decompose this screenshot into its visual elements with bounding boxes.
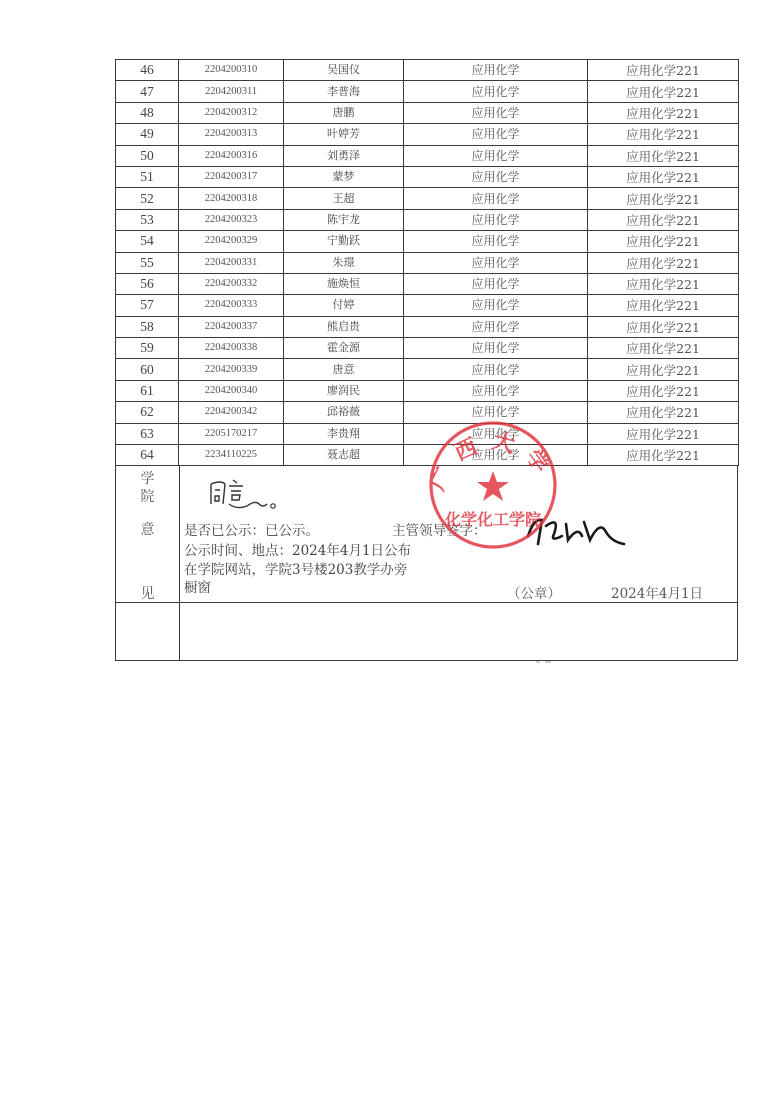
- scan-artifact: [535, 659, 557, 665]
- row-number: 60: [116, 359, 179, 380]
- student-id-cell: 2204200333: [179, 295, 284, 316]
- publicized-status: 是否已公示：已公示。: [184, 519, 319, 539]
- row-number: 63: [116, 423, 179, 444]
- table-row: 512204200317蒙梦应用化学应用化学221: [116, 166, 739, 187]
- student-id-cell: 2204200342: [179, 402, 284, 423]
- student-id-cell: 2204200316: [179, 145, 284, 166]
- student-id-cell: 2204200337: [179, 316, 284, 337]
- row-number: 53: [116, 209, 179, 230]
- row-number: 64: [116, 445, 179, 466]
- table-row: 562204200332施焕恒应用化学应用化学221: [116, 273, 739, 294]
- major-cell: 应用化学: [404, 209, 588, 230]
- class-cell: 应用化学221: [588, 252, 739, 273]
- table-row: 632205170217李贵翔应用化学应用化学221: [116, 423, 739, 444]
- class-cell: 应用化学221: [588, 445, 739, 466]
- student-name-cell: 叶婷芳: [284, 124, 404, 145]
- student-name-cell: 蒙梦: [284, 166, 404, 187]
- student-id-cell: 2205170217: [179, 423, 284, 444]
- opinion-label-column: 学 院 意 见: [116, 466, 180, 602]
- student-id-cell: 2204200332: [179, 273, 284, 294]
- student-id-cell: 2204200338: [179, 338, 284, 359]
- opinion-label-char: 学: [116, 468, 179, 488]
- opinion-label-char: 院: [116, 486, 179, 506]
- student-name-cell: 宁勤跃: [284, 231, 404, 252]
- major-cell: 应用化学: [404, 145, 588, 166]
- publicity-detail: 公示时间、地点：2024年4月1日公布在学院网站，学院3号楼203教学办旁橱窗: [184, 542, 414, 598]
- major-cell: 应用化学: [404, 188, 588, 209]
- row-number: 57: [116, 295, 179, 316]
- student-id-cell: 2204200329: [179, 231, 284, 252]
- major-cell: 应用化学: [404, 252, 588, 273]
- blank-row: [115, 603, 738, 661]
- table-row: 572204200333付婷应用化学应用化学221: [116, 295, 739, 316]
- student-name-cell: 刘勇泽: [284, 145, 404, 166]
- class-cell: 应用化学221: [588, 166, 739, 187]
- table-row: 492204200313叶婷芳应用化学应用化学221: [116, 124, 739, 145]
- table-row: 602204200339唐意应用化学应用化学221: [116, 359, 739, 380]
- opinion-content: 同意。 是否已公示：已公示。 公示时间、地点：2024年4月1日公布在学院网站，…: [180, 466, 737, 602]
- major-cell: 应用化学: [404, 316, 588, 337]
- student-name-cell: 唐意: [284, 359, 404, 380]
- leader-signature-label: 主管领导签字：: [392, 519, 487, 539]
- table-row: 592204200338霍金源应用化学应用化学221: [116, 338, 739, 359]
- class-cell: 应用化学221: [588, 316, 739, 337]
- college-opinion-section: 学 院 意 见 同意。 是否已公示：已公示。 公示时间、地点：2024年4月1日…: [115, 466, 738, 603]
- row-number: 46: [116, 60, 179, 81]
- class-cell: 应用化学221: [588, 209, 739, 230]
- table-row: 622204200342邱裕薇应用化学应用化学221: [116, 402, 739, 423]
- class-cell: 应用化学221: [588, 380, 739, 401]
- student-name-cell: 朱璟: [284, 252, 404, 273]
- row-number: 62: [116, 402, 179, 423]
- row-number: 48: [116, 102, 179, 123]
- major-cell: 应用化学: [404, 124, 588, 145]
- class-cell: 应用化学221: [588, 188, 739, 209]
- student-name-cell: 付婷: [284, 295, 404, 316]
- table-row: 522204200318王超应用化学应用化学221: [116, 188, 739, 209]
- blank-label-column: [116, 603, 180, 660]
- class-cell: 应用化学221: [588, 359, 739, 380]
- row-number: 47: [116, 81, 179, 102]
- student-roster-table: 462204200310吴国仪应用化学应用化学221472204200311李普…: [115, 59, 739, 466]
- student-name-cell: 陈宇龙: [284, 209, 404, 230]
- class-cell: 应用化学221: [588, 60, 739, 81]
- student-name-cell: 熊启贵: [284, 316, 404, 337]
- student-name-cell: 李普海: [284, 81, 404, 102]
- student-id-cell: 2204200331: [179, 252, 284, 273]
- row-number: 49: [116, 124, 179, 145]
- row-number: 59: [116, 338, 179, 359]
- table-row: 582204200337熊启贵应用化学应用化学221: [116, 316, 739, 337]
- table-row: 542204200329宁勤跃应用化学应用化学221: [116, 231, 739, 252]
- opinion-label-char: 见: [116, 583, 179, 603]
- major-cell: 应用化学: [404, 166, 588, 187]
- table-row: 612204200340廖润民应用化学应用化学221: [116, 380, 739, 401]
- row-number: 58: [116, 316, 179, 337]
- table-row: 472204200311李普海应用化学应用化学221: [116, 81, 739, 102]
- approval-date: 2024年4月1日: [611, 582, 703, 602]
- row-number: 61: [116, 380, 179, 401]
- student-id-cell: 2204200339: [179, 359, 284, 380]
- class-cell: 应用化学221: [588, 273, 739, 294]
- major-cell: 应用化学: [404, 402, 588, 423]
- row-number: 52: [116, 188, 179, 209]
- student-name-cell: 李贵翔: [284, 423, 404, 444]
- table-row: 482204200312唐鹏应用化学应用化学221: [116, 102, 739, 123]
- row-number: 55: [116, 252, 179, 273]
- class-cell: 应用化学221: [588, 145, 739, 166]
- major-cell: 应用化学: [404, 81, 588, 102]
- row-number: 51: [116, 166, 179, 187]
- class-cell: 应用化学221: [588, 124, 739, 145]
- handwritten-approval: 同意。: [207, 474, 287, 514]
- major-cell: 应用化学: [404, 102, 588, 123]
- table-row: 502204200316刘勇泽应用化学应用化学221: [116, 145, 739, 166]
- major-cell: 应用化学: [404, 423, 588, 444]
- row-number: 50: [116, 145, 179, 166]
- student-name-cell: 吴国仪: [284, 60, 404, 81]
- row-number: 54: [116, 231, 179, 252]
- student-id-cell: 2204200310: [179, 60, 284, 81]
- student-name-cell: 施焕恒: [284, 273, 404, 294]
- major-cell: 应用化学: [404, 445, 588, 466]
- student-name-cell: 邱裕薇: [284, 402, 404, 423]
- student-id-cell: 2204200313: [179, 124, 284, 145]
- major-cell: 应用化学: [404, 359, 588, 380]
- student-name-cell: 廖润民: [284, 380, 404, 401]
- student-id-cell: 2204200312: [179, 102, 284, 123]
- class-cell: 应用化学221: [588, 338, 739, 359]
- table-row: 552204200331朱璟应用化学应用化学221: [116, 252, 739, 273]
- opinion-label-char: 意: [116, 519, 179, 539]
- student-name-cell: 聂志超: [284, 445, 404, 466]
- class-cell: 应用化学221: [588, 231, 739, 252]
- row-number: 56: [116, 273, 179, 294]
- major-cell: 应用化学: [404, 295, 588, 316]
- student-id-cell: 2234110225: [179, 445, 284, 466]
- table-row: 532204200323陈宇龙应用化学应用化学221: [116, 209, 739, 230]
- document-sheet: 462204200310吴国仪应用化学应用化学221472204200311李普…: [115, 59, 738, 661]
- student-name-cell: 霍金源: [284, 338, 404, 359]
- major-cell: 应用化学: [404, 60, 588, 81]
- class-cell: 应用化学221: [588, 402, 739, 423]
- official-seal-label: （公章）: [507, 582, 561, 602]
- student-name-cell: 王超: [284, 188, 404, 209]
- student-id-cell: 2204200311: [179, 81, 284, 102]
- leader-signature: [520, 506, 640, 554]
- major-cell: 应用化学: [404, 273, 588, 294]
- class-cell: 应用化学221: [588, 423, 739, 444]
- major-cell: 应用化学: [404, 231, 588, 252]
- class-cell: 应用化学221: [588, 102, 739, 123]
- class-cell: 应用化学221: [588, 81, 739, 102]
- student-id-cell: 2204200317: [179, 166, 284, 187]
- major-cell: 应用化学: [404, 338, 588, 359]
- table-row: 642234110225聂志超应用化学应用化学221: [116, 445, 739, 466]
- class-cell: 应用化学221: [588, 295, 739, 316]
- student-id-cell: 2204200318: [179, 188, 284, 209]
- student-id-cell: 2204200340: [179, 380, 284, 401]
- student-name-cell: 唐鹏: [284, 102, 404, 123]
- table-row: 462204200310吴国仪应用化学应用化学221: [116, 60, 739, 81]
- student-id-cell: 2204200323: [179, 209, 284, 230]
- major-cell: 应用化学: [404, 380, 588, 401]
